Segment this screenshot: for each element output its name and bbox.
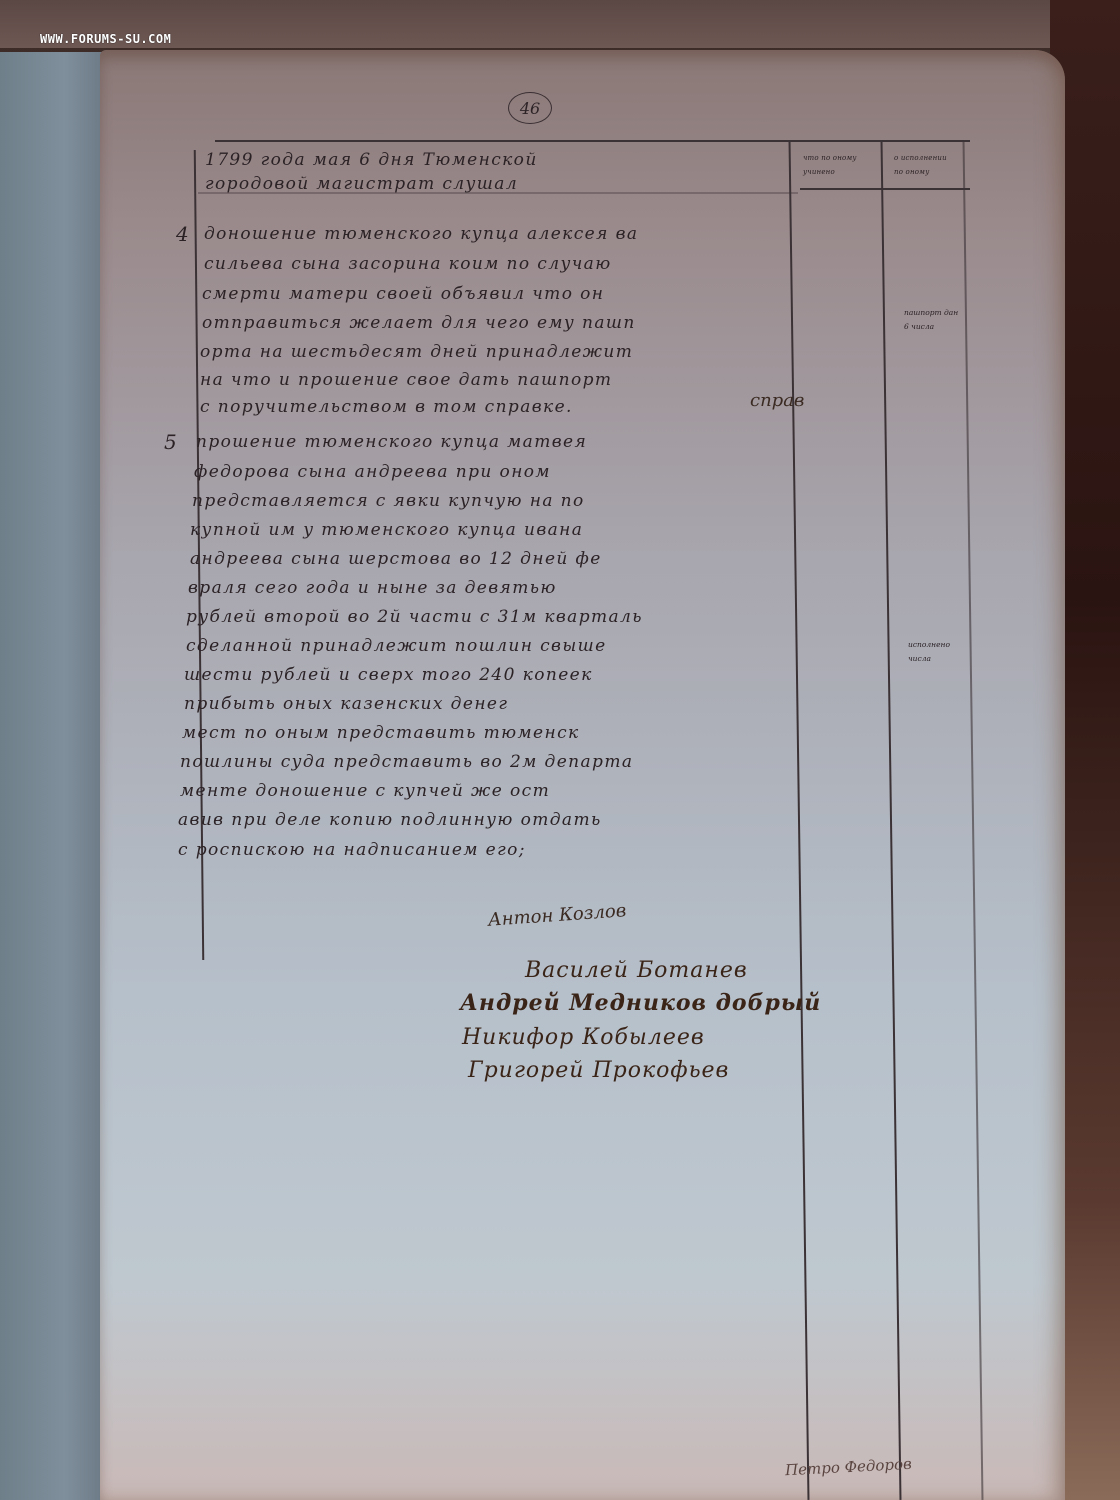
header-line-2: городовой магистрат слушал (205, 174, 518, 194)
signature: Никифор Кобылеев (462, 1025, 705, 1050)
entry-line: прибыть оных казенских денег (184, 694, 508, 714)
column-2-heading-line-2: учинено (803, 166, 835, 179)
column-2-heading-line-1: что по оному (803, 152, 857, 165)
entry-line: шести рублей и сверх того 240 копеек (184, 665, 593, 685)
entry-line: на что и прошение свое дать пашпорт (200, 370, 612, 390)
entry-line: менте доношение с купчей же ост (180, 781, 550, 801)
book-cover-left (0, 52, 110, 1500)
entry-line: враля сего года и ныне за девятью (188, 578, 557, 598)
signature: Василей Ботанев (525, 958, 748, 983)
entry-number: 4 (176, 222, 189, 246)
margin-note-line-2: числа (908, 652, 931, 666)
entry-line: авив при деле копию подлинную отдать (178, 810, 602, 830)
column-3-heading-line-2: по оному (894, 166, 929, 179)
page-number: 46 (508, 92, 552, 124)
entry-line: андреева сына шерстова во 12 дней фе (190, 549, 602, 569)
entry-line: с роспискою на надписанием его; (178, 840, 526, 860)
entry-line: сильева сына засорина коим по случаю (204, 254, 612, 274)
watermark: WWW.FORUMS-SU.COM (40, 32, 171, 46)
entry-line: купной им у тюменского купца ивана (190, 520, 583, 540)
header-bottom-rule (800, 188, 970, 190)
entry-line: смерти матери своей объявил что он (202, 284, 604, 304)
entry-line: орта на шестьдесят дней принадлежит (200, 342, 633, 362)
entry-line: с поручительством в том справке. (200, 397, 573, 417)
margin-note-line-2: 6 числа (904, 320, 934, 334)
entry-line: федорова сына андреева при оном (194, 462, 551, 482)
entry-line: рублей второй во 2й части с 31м кварталь (186, 607, 643, 627)
header-line-1: 1799 года мая 6 дня Тюменской (205, 150, 538, 170)
table-top-rule (215, 140, 970, 142)
entry-line: представляется с явки купчую на по (192, 491, 585, 511)
margin-note-line-1: пашпорт дан (904, 306, 958, 320)
entry-line: мест по оным представить тюменск (182, 723, 580, 743)
signature: Андрей Медников добрый (460, 990, 821, 1016)
entry-line: прошение тюменского купца матвея (196, 432, 587, 452)
entry-line: пошлины суда представить во 2м департа (180, 752, 633, 772)
entry-line: отправиться желает для чего ему пашп (202, 313, 636, 333)
entry-line: доношение тюменского купца алексея ва (204, 224, 638, 244)
column-3-heading-line-1: о исполнении (894, 152, 947, 165)
entry-line: сделанной принадлежит пошлин свыше (186, 636, 607, 656)
signature-mark: справ (750, 390, 804, 411)
margin-note-line-1: исполнено (908, 638, 950, 652)
signature: Григорей Прокофьев (468, 1058, 729, 1083)
entry-number: 5 (164, 430, 177, 454)
